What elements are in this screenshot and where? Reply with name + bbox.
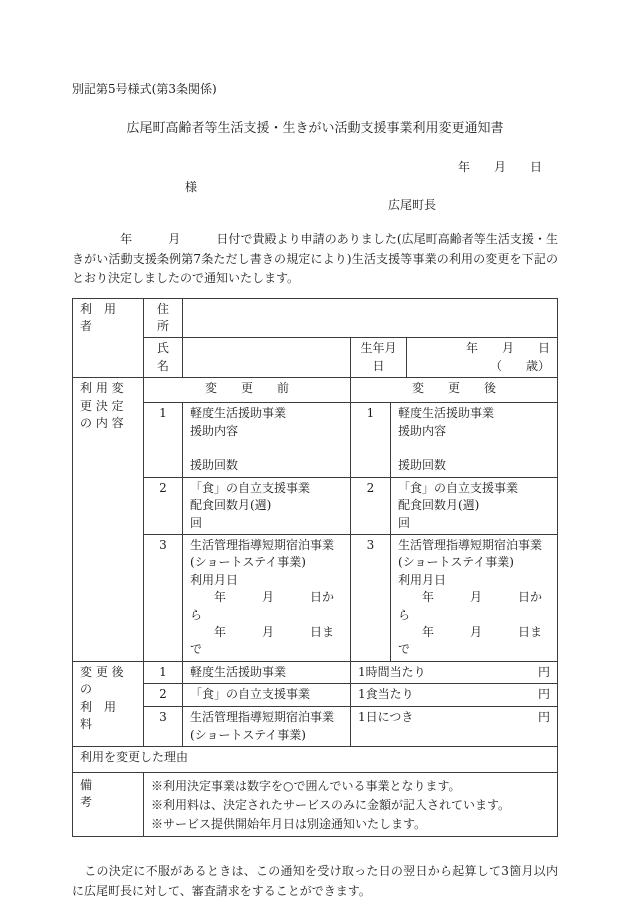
service-before-text: 生活管理指導短期宿泊事業 (ショートステイ事業) 利用月日 年 月 日から 年 … (183, 534, 351, 661)
remark-line: ※利用料は、決定されたサービスのみに金額が記入されています。 (151, 796, 550, 815)
service-before-text: 軽度生活援助事業 援助内容 援助回数 (183, 403, 351, 478)
service-after-no: 1 (351, 403, 391, 478)
fee-no: 1 (144, 661, 183, 683)
before-header-cell: 変 更 前 (144, 378, 351, 403)
service-row-3: 3 生活管理指導短期宿泊事業 (ショートステイ事業) 利用月日 年 月 日から … (73, 534, 558, 661)
service-after-text: 軽度生活援助事業 援助内容 援助回数 (391, 403, 558, 478)
fee-section-label-cell: 変 更 後 の 利 用 料 (73, 661, 144, 746)
fee-service: 「食」の自立支援事業 (183, 684, 351, 707)
addressee-line: 様 (72, 178, 558, 196)
name-label-cell: 氏 名 (144, 338, 183, 378)
user-label-cell: 利 用 者 (73, 298, 144, 378)
fee-value-cell: 1食当たり 円 (351, 684, 558, 707)
service-row-2: 2 「食」の自立支援事業 配食回数月(週) 回 2 「食」の自立支援事業 配食回… (73, 477, 558, 534)
service-after-no: 3 (351, 534, 391, 661)
body-paragraph: 年 月 日付で貴殿より申請のありました(広尾町高齢者等生活支援・生きがい活動支援… (72, 230, 558, 289)
fee-value-cell: 1時間当たり 円 (351, 661, 558, 683)
sender-name: 広尾町長 (72, 196, 558, 214)
fee-unit: 円 (538, 686, 550, 703)
after-header-cell: 変 更 後 (351, 378, 558, 403)
fee-value-cell: 1日につき 円 (351, 707, 558, 747)
birthdate-label-cell: 生年月日 (351, 338, 407, 378)
document-title: 広尾町高齢者等生活支援・生きがい活動支援事業利用変更通知書 (72, 120, 558, 138)
fee-basis: 1日につき (358, 709, 413, 726)
date-line: 年 月 日 (72, 158, 558, 176)
name-value-cell (183, 338, 351, 378)
service-after-no: 2 (351, 477, 391, 534)
service-row-1: 1 軽度生活援助事業 援助内容 援助回数 1 軽度生活援助事業 援助内容 援助回… (73, 403, 558, 478)
service-after-text: 「食」の自立支援事業 配食回数月(週) 回 (391, 477, 558, 534)
fee-no: 3 (144, 707, 183, 747)
fee-unit: 円 (538, 664, 550, 681)
service-after-text: 生活管理指導短期宿泊事業 (ショートステイ事業) 利用月日 年 月 日から 年 … (391, 534, 558, 661)
fee-row-2: 2 「食」の自立支援事業 1食当たり 円 (73, 684, 558, 707)
fee-service: 生活管理指導短期宿泊事業 (ショートステイ事業) (183, 707, 351, 747)
appeal-note: この決定に不服があるときは、この通知を受け取った日の翌日から起算して3箇月以内に… (72, 862, 558, 901)
decision-table: 利 用 者 住 所 氏 名 生年月日 年 月 日 （ 歳） 利 用 変 更 決 … (72, 298, 558, 838)
address-label-cell: 住 所 (144, 298, 183, 338)
remark-line: ※サービス提供開始年月日は別途通知いたします。 (151, 815, 550, 834)
remarks-label-cell: 備 考 (73, 773, 144, 837)
address-value-cell (183, 298, 558, 338)
service-before-no: 3 (144, 534, 183, 661)
remark-line: ※利用決定事業は数字を○で囲んでいる事業となります。 (151, 777, 550, 796)
service-before-text: 「食」の自立支援事業 配食回数月(週) 回 (183, 477, 351, 534)
document-page: 別記第5号様式(第3条関係) 広尾町高齢者等生活支援・生きがい活動支援事業利用変… (0, 0, 630, 915)
document-content: 別記第5号様式(第3条関係) 広尾町高齢者等生活支援・生きがい活動支援事業利用変… (0, 80, 630, 901)
fee-no: 2 (144, 684, 183, 707)
service-before-no: 1 (144, 403, 183, 478)
reason-label-cell: 利用を変更した理由 (73, 747, 558, 773)
fee-row-3: 3 生活管理指導短期宿泊事業 (ショートステイ事業) 1日につき 円 (73, 707, 558, 747)
fee-basis: 1食当たり (358, 686, 414, 703)
change-section-label-cell: 利 用 変 更 決 定 の 内 容 (73, 378, 144, 662)
fee-basis: 1時間当たり (358, 664, 426, 681)
form-id: 別記第5号様式(第3条関係) (72, 80, 558, 98)
birthdate-value-cell: 年 月 日 （ 歳） (407, 338, 558, 378)
fee-row-1: 変 更 後 の 利 用 料 1 軽度生活援助事業 1時間当たり 円 (73, 661, 558, 683)
fee-service: 軽度生活援助事業 (183, 661, 351, 683)
addressee-suffix: 様 (185, 180, 197, 194)
fee-unit: 円 (538, 709, 550, 726)
remarks-content-cell: ※利用決定事業は数字を○で囲んでいる事業となります。 ※利用料は、決定されたサー… (144, 773, 558, 837)
service-before-no: 2 (144, 477, 183, 534)
